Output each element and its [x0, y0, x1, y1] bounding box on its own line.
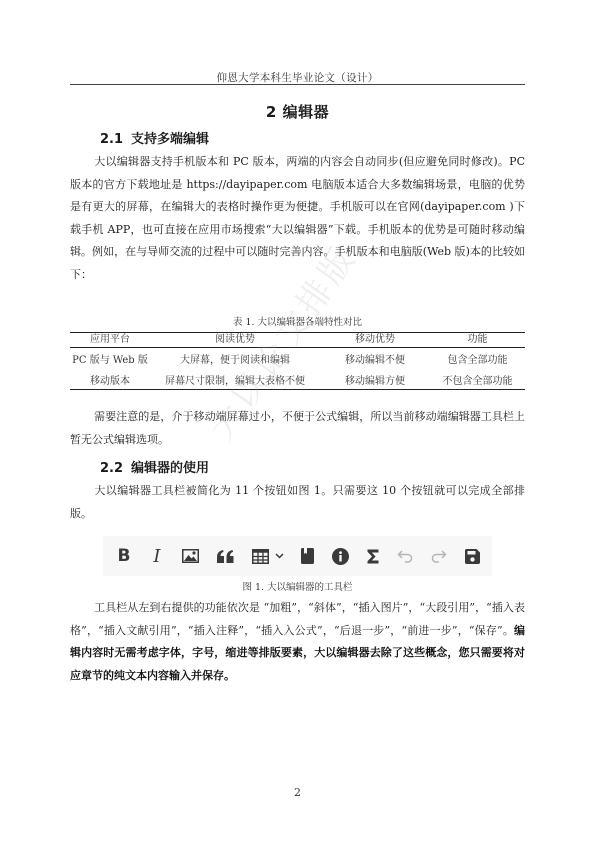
undo-icon [397, 550, 413, 563]
image-icon [182, 549, 199, 563]
section-heading-2-1: 2.1支持多端编辑 [100, 128, 209, 147]
paragraph-toolbar-functions: 工具栏从左到右提供的功能依次是 “加粗”，“斜体”，“插入图片”，“大段引用”，… [70, 597, 525, 687]
section-number: 2.1 [100, 132, 123, 147]
undo-button[interactable] [397, 546, 413, 566]
insert-table-button[interactable] [252, 546, 284, 566]
paragraph-text: 大以编辑器工具栏被简化为 11 个按钮如图 1。只需要这 10 个按钮就可以完成… [70, 484, 525, 520]
table-cell: 不包含全部功能 [430, 374, 525, 390]
insert-formula-button[interactable] [367, 546, 379, 566]
editor-toolbar-figure: B I [103, 536, 492, 576]
quote-icon [217, 550, 234, 563]
sigma-icon [367, 549, 379, 564]
table-cell: 移动编辑方便 [320, 374, 430, 390]
insert-citation-button[interactable] [301, 546, 314, 566]
column-header: 功能 [430, 333, 525, 348]
paragraph-toolbar-intro: 大以编辑器工具栏被简化为 11 个按钮如图 1。只需要这 10 个按钮就可以完成… [70, 480, 525, 525]
paragraph-mobile-note: 需要注意的是，介于移动端屏幕过小，不便于公式编辑，所以当前移动端编辑器工具栏上暂… [70, 406, 525, 451]
table-header-row: 应用平台 阅读优势 移动优势 功能 [70, 333, 525, 348]
italic-button[interactable]: I [150, 546, 164, 566]
section-heading-2-2: 2.2编辑器的使用 [100, 457, 209, 476]
chapter-title: 2 编辑器 [70, 101, 525, 122]
paragraph-text: 需要注意的是，介于移动端屏幕过小，不便于公式编辑，所以当前移动端编辑器工具栏上暂… [70, 410, 525, 446]
column-header: 移动优势 [320, 333, 430, 348]
column-header: 阅读优势 [150, 333, 320, 348]
platform-comparison-table: 应用平台 阅读优势 移动优势 功能 PC 版与 Web 版 大屏幕，便于阅读和编… [70, 332, 525, 390]
paragraph-multi-platform: 大以编辑器支持手机版本和 PC 版本，两端的内容会自动同步(但应避免同时修改)。… [70, 151, 525, 286]
document-page: 仰恩大学本科生毕业论文（设计） 2 编辑器 2.1支持多端编辑 大以编辑器支持手… [0, 0, 595, 842]
header-divider [70, 84, 525, 85]
book-icon [301, 548, 314, 564]
save-button[interactable] [465, 546, 480, 566]
save-icon [465, 549, 480, 564]
redo-button[interactable] [431, 546, 447, 566]
section-title-text: 支持多端编辑 [131, 132, 209, 147]
page-number: 2 [70, 786, 525, 799]
table-icon [252, 549, 269, 564]
section-title-text: 编辑器的使用 [131, 461, 209, 476]
figure-caption: 图 1. 大以编辑器的工具栏 [70, 579, 525, 593]
table-caption: 表 1. 大以编辑器各端特性对比 [70, 314, 525, 328]
redo-icon [431, 550, 447, 563]
info-icon [332, 548, 349, 565]
table-cell: PC 版与 Web 版 [70, 348, 150, 375]
blockquote-button[interactable] [217, 546, 234, 566]
table-row: PC 版与 Web 版 大屏幕，便于阅读和编辑 移动编辑不便 包含全部功能 [70, 348, 525, 375]
table-cell: 移动编辑不便 [320, 348, 430, 375]
bold-button[interactable]: B [116, 546, 132, 566]
insert-note-button[interactable] [332, 546, 349, 566]
italic-icon: I [153, 546, 160, 567]
table-cell: 屏幕尺寸限制，编辑大表格不便 [150, 374, 320, 390]
running-header: 仰恩大学本科生毕业论文（设计） [70, 70, 525, 85]
section-number: 2.2 [100, 461, 123, 476]
table-cell: 移动版本 [70, 374, 150, 390]
table-cell: 大屏幕，便于阅读和编辑 [150, 348, 320, 375]
insert-image-button[interactable] [182, 546, 199, 566]
table-cell: 包含全部功能 [430, 348, 525, 375]
column-header: 应用平台 [70, 333, 150, 348]
chevron-down-icon[interactable] [275, 553, 284, 559]
table-row: 移动版本 屏幕尺寸限制，编辑大表格不便 移动编辑方便 不包含全部功能 [70, 374, 525, 390]
paragraph-text: 大以编辑器支持手机版本和 PC 版本，两端的内容会自动同步(但应避免同时修改)。… [70, 155, 525, 281]
bold-icon: B [118, 546, 131, 566]
paragraph-text: 工具栏从左到右提供的功能依次是 “加粗”，“斜体”，“插入图片”，“大段引用”，… [70, 601, 525, 637]
